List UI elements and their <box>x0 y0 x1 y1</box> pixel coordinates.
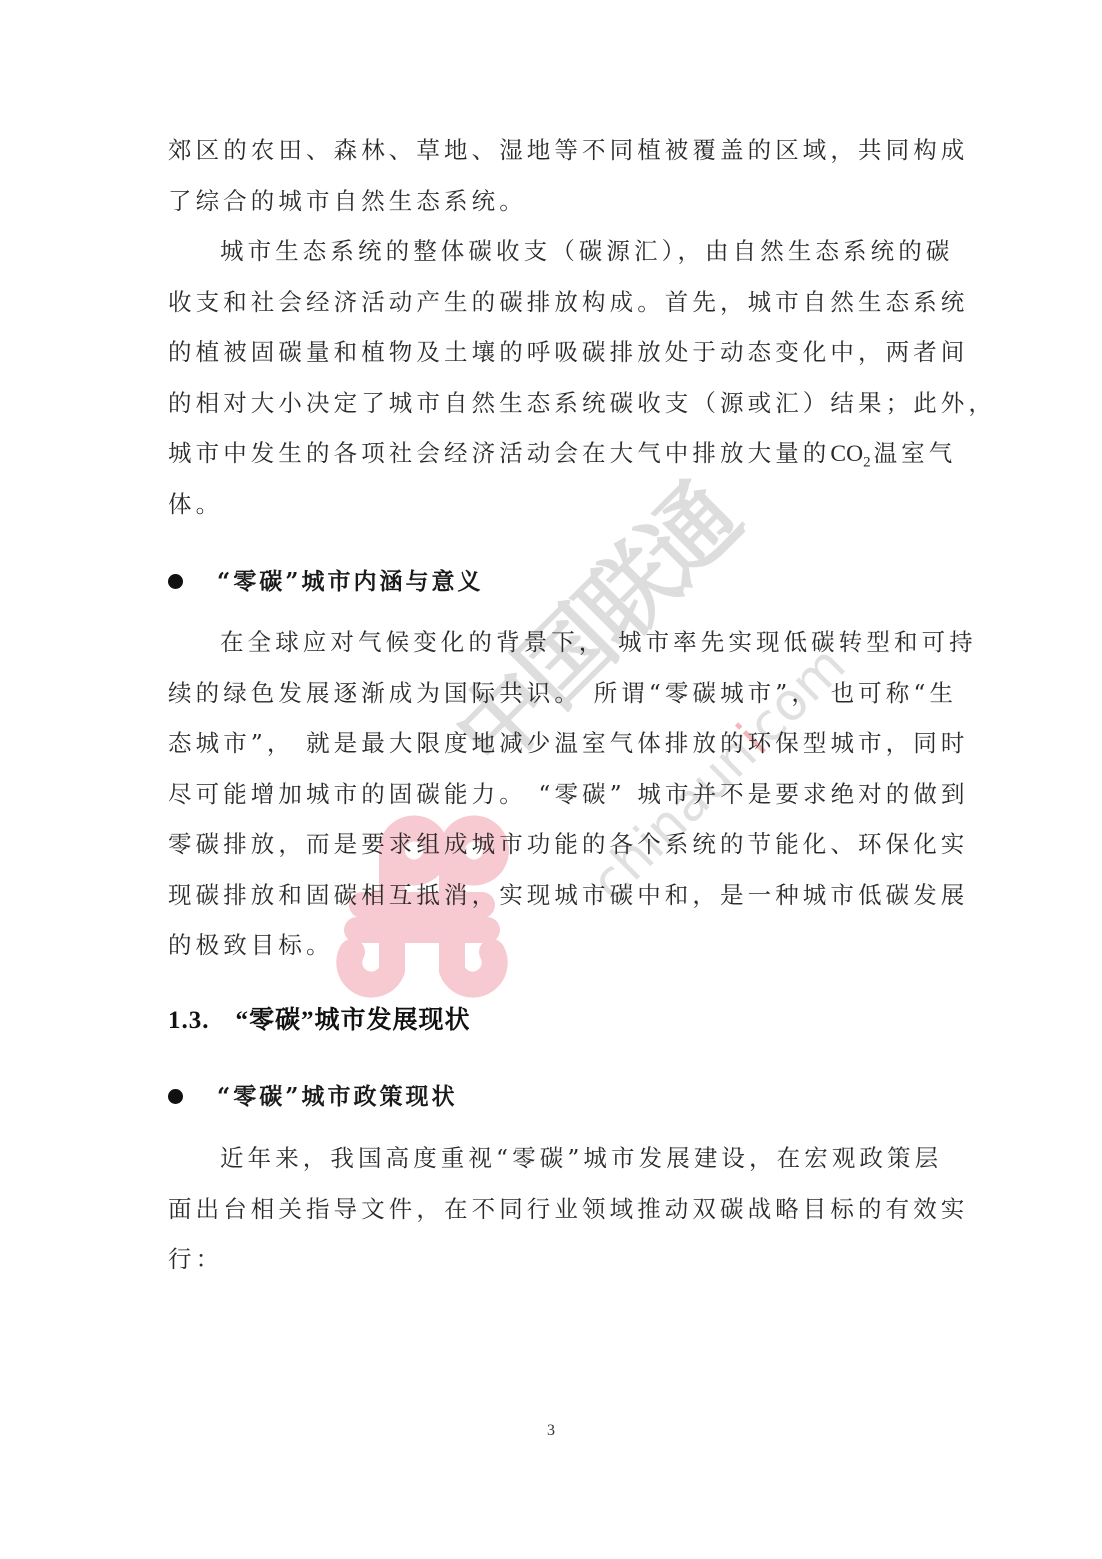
text-line: 零碳排放，而是要求组成城市功能的各个系统的节能化、环保化实 <box>168 819 934 870</box>
section-title: “零碳”城市发展现状 <box>236 1007 471 1034</box>
paragraph-policy-status: 近年来，我国高度重视“零碳”城市发展建设，在宏观政策层 面出台相关指导文件，在不… <box>168 1133 934 1285</box>
text-line: 续的绿色发展逐渐成为国际共识。 所谓“零碳城市”， 也可称“生 <box>168 668 934 719</box>
text-line: 城市生态系统的整体碳收支（碳源汇），由自然生态系统的碳 <box>168 226 934 277</box>
section-heading-1-3: 1.3.“零碳”城市发展现状 <box>168 1000 471 1036</box>
document-page: 中国联通 chinaunicom 郊区的农田、森林、草地、湿地等不同植被覆盖的区… <box>0 0 1102 1559</box>
co2-subscript: 2 <box>863 455 871 471</box>
text-line: 态城市”， 就是最大限度地减少温室气体排放的环保型城市，同时 <box>168 718 934 769</box>
text-line: 体。 <box>168 479 934 530</box>
text-segment: 城市中发生的各项社会经济活动会在大气中排放大量的 <box>168 439 830 467</box>
paragraph-carbon-budget: 城市生态系统的整体碳收支（碳源汇），由自然生态系统的碳 收支和社会经济活动产生的… <box>168 226 934 529</box>
text-line: 的极致目标。 <box>168 920 934 971</box>
text-line: 的植被固碳量和植物及土壤的呼吸碳排放处于动态变化中，两者间 <box>168 327 934 378</box>
bullet-heading-policy: “零碳”城市政策现状 <box>168 1078 457 1111</box>
bullet-dot-icon <box>168 574 183 589</box>
section-number: 1.3. <box>168 1007 210 1034</box>
text-line: 了综合的城市自然生态系统。 <box>168 176 934 227</box>
text-line: 的相对大小决定了城市自然生态系统碳收支（源或汇）结果；此外， <box>168 378 934 429</box>
paragraph-vegetation-areas: 郊区的农田、森林、草地、湿地等不同植被覆盖的区域，共同构成 了综合的城市自然生态… <box>168 125 934 226</box>
paragraph-zero-carbon-definition: 在全球应对气候变化的背景下， 城市率先实现低碳转型和可持 续的绿色发展逐渐成为国… <box>168 617 934 971</box>
text-line: 近年来，我国高度重视“零碳”城市发展建设，在宏观政策层 <box>168 1133 934 1184</box>
text-line-co2: 城市中发生的各项社会经济活动会在大气中排放大量的CO2温室气 <box>168 428 934 479</box>
co2-formula: CO2 <box>830 441 870 467</box>
text-line: 现碳排放和固碳相互抵消，实现城市碳中和，是一种城市低碳发展 <box>168 870 934 921</box>
page-number: 3 <box>0 1422 1102 1440</box>
text-segment: 温室气 <box>874 439 957 467</box>
text-line: 在全球应对气候变化的背景下， 城市率先实现低碳转型和可持 <box>168 617 934 668</box>
text-line: 尽可能增加城市的固碳能力。 “零碳” 城市并不是要求绝对的做到 <box>168 769 934 820</box>
text-line: 行： <box>168 1234 934 1285</box>
bullet-heading-text: “零碳”城市内涵与意义 <box>217 568 483 595</box>
bullet-heading-meaning: “零碳”城市内涵与意义 <box>168 563 483 596</box>
bullet-dot-icon <box>168 1089 183 1104</box>
text-line: 面出台相关指导文件，在不同行业领域推动双碳战略目标的有效实 <box>168 1184 934 1235</box>
co2-main: CO <box>830 441 863 467</box>
text-line: 郊区的农田、森林、草地、湿地等不同植被覆盖的区域，共同构成 <box>168 125 934 176</box>
text-line: 收支和社会经济活动产生的碳排放构成。首先，城市自然生态系统 <box>168 277 934 328</box>
bullet-heading-text: “零碳”城市政策现状 <box>217 1083 457 1110</box>
